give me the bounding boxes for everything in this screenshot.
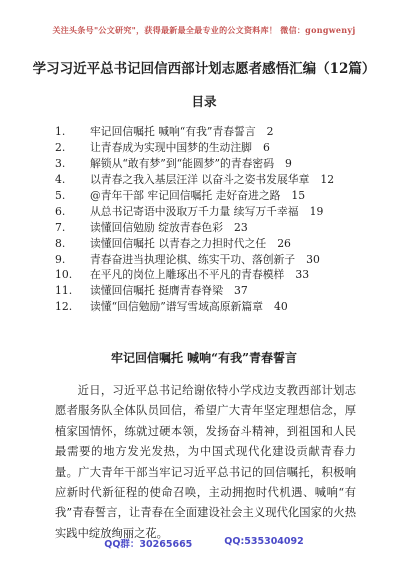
article-paragraph: 近日，习近平总书记给谢依特小学戍边支教西部计划志愿者服务队全体队员回信，希望广大… (55, 381, 356, 544)
footer-contact: QQ群：30265665 QQ:535304092 (0, 536, 408, 550)
toc-entry-title: 青春奋进当执理论棋、练实干功、落创新子 (90, 252, 295, 268)
toc-entry: 12. 读懂“回信勉励”谱写雪域高原新篇章 40 (55, 299, 372, 315)
toc-entry-page: 23 (234, 220, 248, 236)
toc-entry-number: 6. (55, 204, 90, 220)
toc-entry-number: 10. (55, 267, 90, 283)
toc-entry-title: 解锁从“敢有梦”到“能圆梦”的青春密码 (90, 156, 274, 172)
toc-entry-page: 37 (234, 283, 248, 299)
toc-entry: 10. 在平凡的岗位上雕琢出不平凡的青春模样 33 (55, 267, 372, 283)
toc-entry-page: 26 (277, 236, 291, 252)
article-section-heading: 牢记回信嘱托 喊响“有我”青春誓言 (0, 349, 408, 366)
toc-entry-title: 读懂“回信勉励”谱写雪域高原新篇章 (90, 299, 263, 315)
toc-entry-title: 牢记回信嘱托 喊响“有我”青春誓言 (90, 124, 256, 140)
toc-entry: 3. 解锁从“敢有梦”到“能圆梦”的青春密码 9 (55, 156, 372, 172)
toc-entry: 9. 青春奋进当执理论棋、练实干功、落创新子 30 (55, 252, 372, 268)
toc-entry-title: 读懂回信勉励 绽放青春色彩 (90, 220, 223, 236)
toc-entry-page: 2 (267, 124, 274, 140)
toc-entry-title: 在平凡的岗位上雕琢出不平凡的青春模样 (90, 267, 284, 283)
qq-group-number: QQ群：30265665 (104, 536, 192, 550)
toc-entry-number: 7. (55, 220, 90, 236)
toc-entry-number: 11. (55, 283, 90, 299)
document-title: 学习习近平总书记回信西部计划志愿者感悟汇编（12篇） (0, 57, 408, 77)
toc-entry-number: 2. (55, 140, 90, 156)
document-page: 关注头条号"公文研究"，获得最新最全最专业的公文资料库！ 微信：gongweny… (0, 0, 408, 580)
toc-entry: 7. 读懂回信勉励 绽放青春色彩 23 (55, 220, 372, 236)
toc-heading: 目录 (0, 92, 408, 110)
toc-entry-number: 1. (55, 124, 90, 140)
toc-entry-page: 33 (295, 267, 309, 283)
toc-entry-number: 12. (55, 299, 90, 315)
toc-entry-number: 8. (55, 236, 90, 252)
toc-entry-title: 读懂回信嘱托 挺膺青春脊梁 (90, 283, 223, 299)
toc-entry-page: 19 (310, 204, 324, 220)
toc-entry-page: 40 (274, 299, 288, 315)
toc-entry-title: @青年干部 牢记回信嘱托 走好奋进之路 (90, 188, 280, 204)
toc-entry: 5. @青年干部 牢记回信嘱托 走好奋进之路 15 (55, 188, 372, 204)
toc-entry-number: 3. (55, 156, 90, 172)
toc-entry: 6. 从总书记寄语中汲取万千力量 续写万千幸福 19 (55, 204, 372, 220)
toc-entry: 2. 让青春成为实现中国梦的生动注脚 6 (55, 140, 372, 156)
toc-entry-number: 4. (55, 172, 90, 188)
header-promo-text: 关注头条号"公文研究"，获得最新最全最专业的公文资料库！ 微信：gongweny… (0, 25, 408, 36)
toc-entry-title: 从总书记寄语中汲取万千力量 续写万千幸福 (90, 204, 299, 220)
toc-entry-page: 6 (263, 140, 270, 156)
toc-entry-number: 9. (55, 252, 90, 268)
toc-entry-title: 让青春成为实现中国梦的生动注脚 (90, 140, 252, 156)
toc-entry-title: 读懂回信嘱托 以青春之力担时代之任 (90, 236, 266, 252)
toc-entry-page: 12 (320, 172, 334, 188)
toc-entry-page: 15 (291, 188, 305, 204)
qq-number: QQ:535304092 (224, 536, 303, 550)
table-of-contents: 1. 牢记回信嘱托 喊响“有我”青春誓言 2 2. 让青春成为实现中国梦的生动注… (55, 124, 372, 315)
toc-entry-title: 以青春之我入基层汪洋 以奋斗之姿书发展华章 (90, 172, 309, 188)
toc-entry-number: 5. (55, 188, 90, 204)
toc-entry: 4. 以青春之我入基层汪洋 以奋斗之姿书发展华章 12 (55, 172, 372, 188)
toc-entry-page: 30 (306, 252, 320, 268)
toc-entry: 11. 读懂回信嘱托 挺膺青春脊梁 37 (55, 283, 372, 299)
toc-entry: 8. 读懂回信嘱托 以青春之力担时代之任 26 (55, 236, 372, 252)
toc-entry-page: 9 (285, 156, 292, 172)
toc-entry: 1. 牢记回信嘱托 喊响“有我”青春誓言 2 (55, 124, 372, 140)
